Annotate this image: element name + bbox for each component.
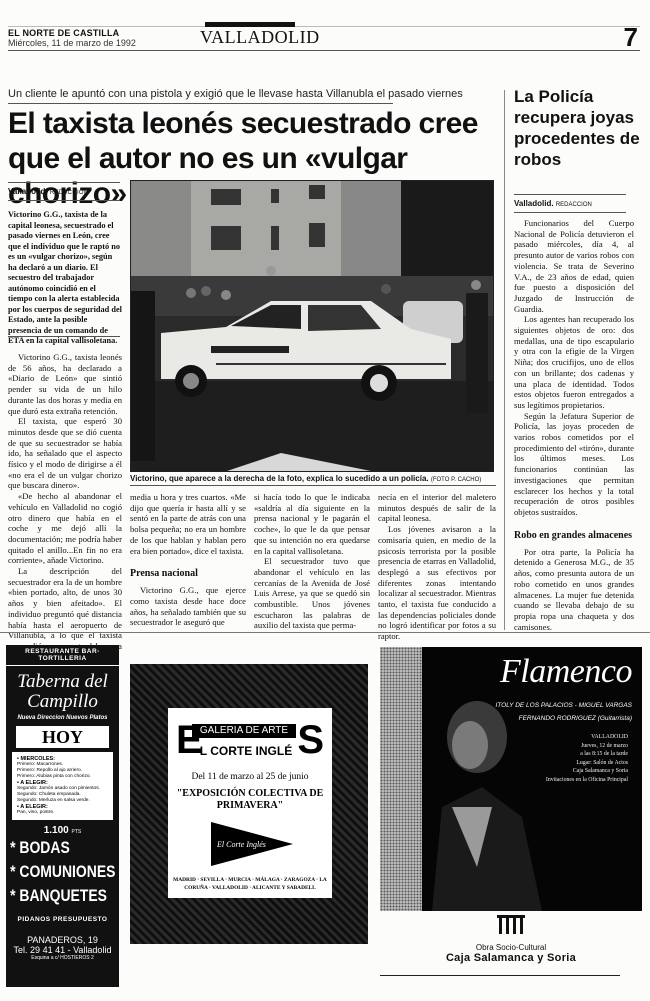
page-number: 7 — [598, 22, 638, 53]
masthead-bottom-rule — [8, 50, 640, 51]
galeria-logo: E GALERIA DE ARTE L CORTE INGLÉ S — [168, 720, 332, 766]
side-story-headline: La Policía recupera joyas procedentes de… — [514, 86, 646, 170]
photo-credit: (FOTO P. CACHO) — [431, 477, 481, 483]
corte-ingles-pennant-icon: El Corte Inglés — [205, 820, 295, 868]
paragraph: Funcionarios del Cuerpo Nacional de Poli… — [514, 218, 634, 314]
story-column-2: media u hora y tres cuartos. «Me dijo qu… — [130, 492, 246, 628]
sponsor-name: Caja Salamanca y Soria — [380, 952, 642, 964]
event-time: a las 8:15 de la tarde — [518, 750, 628, 759]
ad-tagline: Nueva Direccion Nuevos Platos — [6, 715, 119, 721]
ad-canvas: E GALERIA DE ARTE L CORTE INGLÉ S Del 11… — [168, 708, 332, 898]
caption-text: Victorino, que aparece a la derecha de l… — [130, 474, 429, 483]
phone-number: Tel. 29 41 41 - Valladolid — [6, 945, 119, 955]
restaurant-name: Taberna del Campillo — [6, 672, 119, 712]
price-unit: PTS — [72, 829, 82, 835]
event-city: VALLADOLID — [518, 733, 628, 742]
offer-bodas: * BODAS — [6, 836, 99, 860]
masthead-top-rule — [8, 26, 640, 27]
paragraph: Los jóvenes avisaron a la comisaría quie… — [378, 524, 496, 642]
paragraph: si hacía todo lo que le indicaba «saldrí… — [254, 492, 370, 556]
corner-note: Esquina a c/ HOSTIEROS 2 — [6, 955, 119, 961]
event-venue: Lugar: Salón de Actos — [518, 759, 628, 768]
performers-line2: FERNANDO RODRIGUEZ (Guitarrista) — [442, 712, 632, 725]
byline-place: Valladolid. — [8, 187, 48, 196]
performers-line1: ITOLY DE LOS PALACIOS - MIGUEL VARGAS — [442, 699, 632, 712]
restaurant-name-line1: Taberna del — [6, 672, 119, 692]
byline-agency: REDACCION — [556, 202, 592, 208]
offer-banquetes: * BANQUETES — [6, 884, 99, 908]
story-column-1: Victorino G.G., taxista leonés de 56 año… — [8, 352, 122, 662]
store-cities: MADRID · SEVILLA · MURCIA · MÁLAGA · ZAR… — [168, 876, 332, 892]
event-details: VALLADOLID Jueves, 12 de marzo a las 8:1… — [518, 733, 628, 784]
paragraph: media u hora y tres cuartos. «Me dijo qu… — [130, 492, 246, 556]
ad-el-corte-ingles-gallery: E GALERIA DE ARTE L CORTE INGLÉ S Del 11… — [130, 664, 368, 944]
subhead-robo: Robo en grandes almacenes — [514, 530, 634, 541]
corte-label: L CORTE INGLÉ — [192, 742, 300, 760]
lead-rule — [8, 336, 120, 337]
paragraph: Victorino G.G., que ejerce como taxista … — [130, 585, 246, 628]
ad-cta: PIDANOS PRESUPUESTO — [6, 916, 119, 923]
sponsor-rule — [380, 975, 620, 976]
restaurant-name-line2: Campillo — [6, 692, 119, 712]
ad-taberna-del-campillo: RESTAURANTE BAR-TORTILLERIA Taberna del … — [6, 645, 119, 987]
ad-header: RESTAURANTE BAR-TORTILLERIA — [6, 645, 119, 666]
story-column-4: necía en el interior del maletero minuto… — [378, 492, 496, 642]
galeria-label: GALERIA DE ARTE — [192, 724, 296, 738]
taxi-scene-image — [131, 181, 494, 472]
byline-agency: REDACCION — [50, 190, 89, 196]
issue-date: Miércoles, 11 de marzo de 1992 — [8, 38, 136, 48]
paragraph: Los agentes han recuperado los siguiente… — [514, 314, 634, 410]
hoy-banner: HOY — [16, 726, 109, 748]
paragraph: necía en el interior del maletero minuto… — [378, 492, 496, 524]
paragraph: El secuestrador tuvo que abandonar el ve… — [254, 556, 370, 631]
section-title: VALLADOLID — [200, 27, 310, 48]
event-date: Jueves, 12 de marzo — [518, 742, 628, 751]
street-address: PANADEROS, 19 — [6, 935, 119, 945]
halftone-strip — [380, 647, 422, 911]
paragraph: Según la Jefatura Superior de Policía, l… — [514, 411, 634, 518]
logo-letter-s: S — [297, 718, 324, 762]
story-lead: Victorino G.G., taxista de la capital le… — [8, 210, 122, 347]
paragraph: «De hecho al abandonar el vehículo en Va… — [8, 491, 122, 566]
story-kicker: Un cliente le apuntó con una pistola y e… — [8, 88, 393, 104]
paragraph: Victorino G.G., taxista leonés de 56 año… — [8, 352, 122, 416]
event-invitations: Invitaciones en la Oficina Principal — [518, 776, 628, 785]
menu-item: Pan, vino, postre. — [17, 810, 108, 816]
price-value: 1.100 — [44, 825, 69, 836]
caja-logo-icon — [496, 914, 526, 936]
svg-text:El Corte Inglés: El Corte Inglés — [216, 840, 266, 849]
column-divider — [504, 90, 505, 630]
offer-comuniones: * COMUNIONES — [6, 860, 99, 884]
news-photo-taxi — [130, 180, 494, 472]
side-story-byline: Valladolid. REDACCION — [514, 194, 626, 213]
paragraph: Por otra parte, la Policía ha detenido a… — [514, 547, 634, 633]
ad-address: PANADEROS, 19 Tel. 29 41 41 - Valladolid — [6, 935, 119, 955]
performers: ITOLY DE LOS PALACIOS - MIGUEL VARGAS FE… — [442, 699, 632, 725]
side-story-body: Funcionarios del Cuerpo Nacional de Poli… — [514, 218, 634, 632]
newspaper-name: EL NORTE DE CASTILLA — [8, 28, 119, 38]
paragraph: El taxista, que esperó 30 minutos desde … — [8, 416, 122, 491]
flamenco-title: Flamenco — [500, 653, 632, 691]
event-venue-org: Caja Salamanca y Soria — [518, 767, 628, 776]
ad-sponsor: Obra Socio-Cultural Caja Salamanca y Sor… — [380, 914, 642, 964]
byline-place: Valladolid. — [514, 199, 554, 208]
story-column-3: si hacía todo lo que le indicaba «saldrí… — [254, 492, 370, 631]
sponsor-org: Obra Socio-Cultural — [380, 943, 642, 952]
exhibition-dates: Del 11 de marzo al 25 de junio — [168, 772, 332, 782]
daily-menu: MIERCOLES: Primero: Macarrones. Primero:… — [12, 752, 113, 820]
ad-flamenco-concert: Flamenco ITOLY DE LOS PALACIOS - MIGUEL … — [380, 647, 642, 911]
menu-price: 1.100 PTS — [6, 825, 119, 836]
story-byline: Valladolid. REDACCION — [8, 182, 120, 201]
photo-caption: Victorino, que aparece a la derecha de l… — [130, 474, 496, 486]
ads-divider-rule — [0, 632, 650, 633]
exhibition-title: "EXPOSICIÓN COLECTIVA DE PRIMAVERA" — [168, 788, 332, 812]
subhead-prensa-nacional: Prensa nacional — [130, 568, 246, 579]
